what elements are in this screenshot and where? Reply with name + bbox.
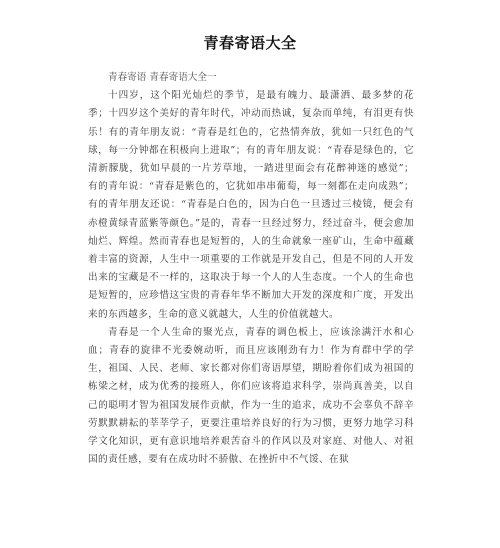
document-body: 青春寄语 青春寄语大全一 十四岁，这个阳光灿烂的季节，是最有魄力、最潇洒、最多梦… <box>88 69 414 469</box>
document-title: 青春寄语大全 <box>0 32 500 53</box>
paragraph-1: 十四岁，这个阳光灿烂的季节，是最有魄力、最潇洒、最多梦的花季；十四岁这个美好的青… <box>88 87 414 324</box>
document-page: 青春寄语大全 青春寄语 青春寄语大全一 十四岁，这个阳光灿烂的季节，是最有魄力、… <box>0 0 500 548</box>
paragraph-2: 青春是一个人生命的聚光点，青春的调色板上，应该涂满汗水和心血；青春的旋律不光委婉… <box>88 324 414 470</box>
document-subheading: 青春寄语 青春寄语大全一 <box>88 69 414 87</box>
